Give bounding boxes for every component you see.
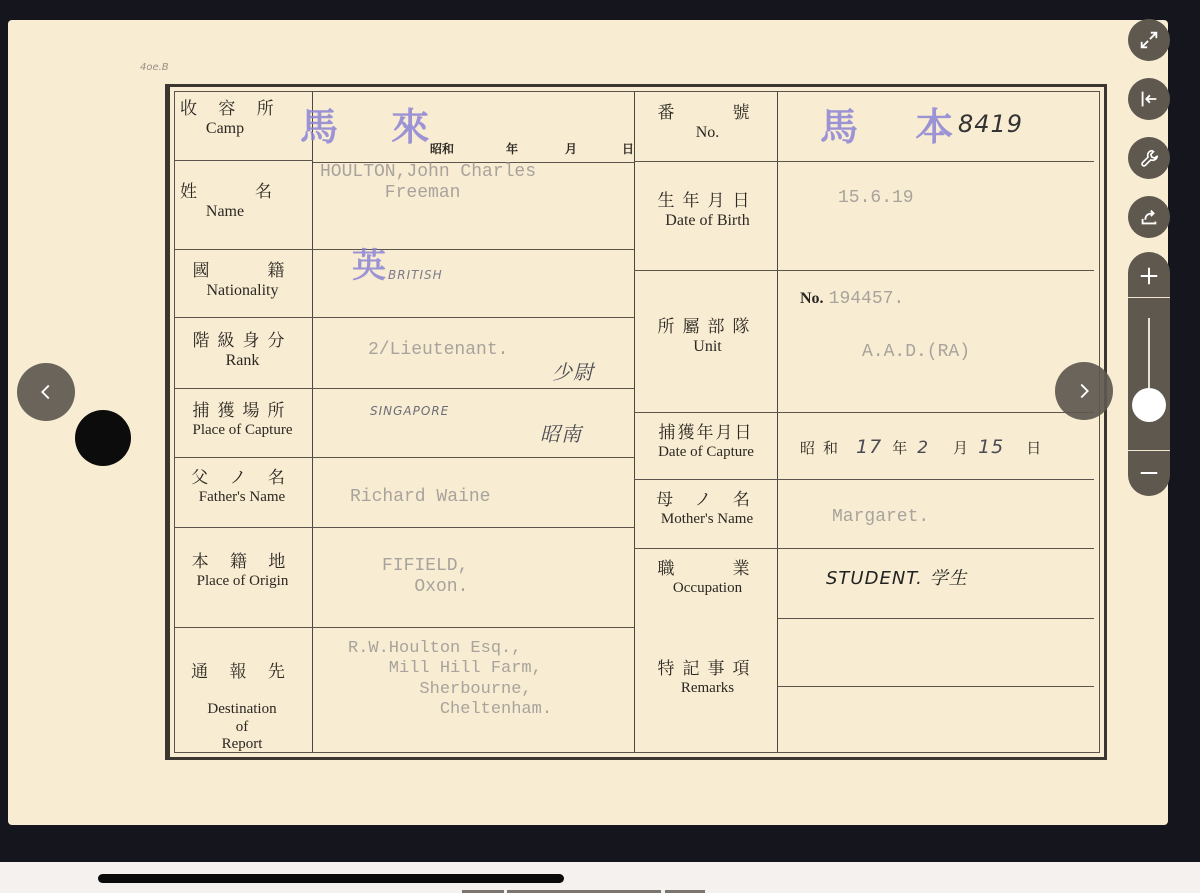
plus-icon [1138, 265, 1160, 287]
collapse-panel-button[interactable] [1128, 78, 1170, 120]
next-image-button[interactable] [1055, 362, 1113, 420]
label-nationality: 國 籍 Nationality [175, 262, 310, 300]
value-place-of-capture-jp: 昭南 [540, 418, 582, 447]
zoom-control [1128, 252, 1170, 496]
value-destination: R.W.Houlton Esq., Mill Hill Farm, Sherbo… [348, 639, 552, 721]
label-date-of-birth: 生年月日 Date of Birth [640, 192, 775, 230]
share-button[interactable] [1128, 196, 1170, 238]
label-date-of-capture: 捕獲年月日 Date of Capture [636, 424, 776, 461]
prev-image-button[interactable] [17, 363, 75, 421]
horizontal-scrollbar[interactable] [98, 874, 564, 883]
chevron-right-icon [1073, 380, 1095, 402]
date-header-era: 昭和 [430, 140, 454, 157]
label-place-of-capture: 捕獲場所 Place of Capture [170, 402, 315, 439]
fullscreen-button[interactable] [1128, 19, 1170, 61]
label-remarks: 特記事項 Remarks [640, 660, 775, 697]
zoom-out-button[interactable] [1128, 450, 1170, 494]
date-header-day: 日 [622, 140, 634, 157]
minus-icon [1138, 462, 1160, 484]
chevron-left-icon [35, 381, 57, 403]
zoom-in-button[interactable] [1128, 254, 1170, 298]
label-name: 姓 名 Name [180, 183, 310, 221]
value-fathers-name: Richard Waine [350, 487, 490, 508]
zoom-slider-thumb[interactable] [1132, 388, 1166, 422]
label-no: 番 號 No. [645, 104, 770, 142]
value-place-of-origin: FIFIELD, Oxon. [382, 556, 468, 597]
camp-stamp: 馬 來 [300, 96, 449, 151]
share-icon [1138, 206, 1160, 228]
date-header-year: 年 [506, 140, 518, 157]
value-unit: A.A.D.(RA) [862, 342, 970, 363]
value-rank-jp: 少尉 [552, 356, 594, 385]
label-camp: 收 容 所 Camp [180, 100, 310, 138]
value-mothers-name: Margaret. [832, 507, 929, 528]
label-mothers-name: 母 ノ 名 Mother's Name [638, 491, 776, 528]
value-nationality: BRITISH [388, 268, 443, 282]
image-viewer: 4oe.B 收 容 所 [0, 0, 1200, 862]
tools-button[interactable] [1128, 137, 1170, 179]
label-unit: 所屬部隊 Unit [640, 318, 775, 356]
wrench-icon [1138, 147, 1160, 169]
label-occupation: 職 業 Occupation [640, 560, 775, 597]
no-stamp: 馬 本 [820, 96, 975, 151]
label-destination: 通 報 先 Destination of Report [172, 645, 312, 771]
value-occupation: STUDENT. 学生 [826, 564, 968, 590]
label-place-of-origin: 本 籍 地 Place of Origin [170, 553, 315, 590]
arrow-left-to-bar-icon [1138, 88, 1160, 110]
value-no: 8419 [958, 110, 1023, 138]
value-unit-number: No. 194457. [800, 288, 904, 310]
expand-icon [1138, 29, 1160, 51]
date-header-month: 月 [565, 140, 577, 157]
label-fathers-name: 父 ノ 名 Father's Name [172, 469, 312, 506]
value-date-of-capture: 昭和 17 年 2 月 15 日 [800, 436, 1041, 458]
value-date-of-birth: 15.6.19 [838, 188, 914, 209]
value-rank: 2/Lieutenant. [368, 340, 508, 361]
label-rank: 階級身分 Rank [175, 332, 310, 370]
punch-hole [75, 410, 131, 466]
pencil-note: 4oe.B [140, 62, 169, 73]
value-name: HOULTON,John Charles Freeman [320, 162, 536, 203]
nationality-stamp: 英 [352, 238, 386, 287]
value-place-of-capture: SINGAPORE [370, 404, 449, 418]
